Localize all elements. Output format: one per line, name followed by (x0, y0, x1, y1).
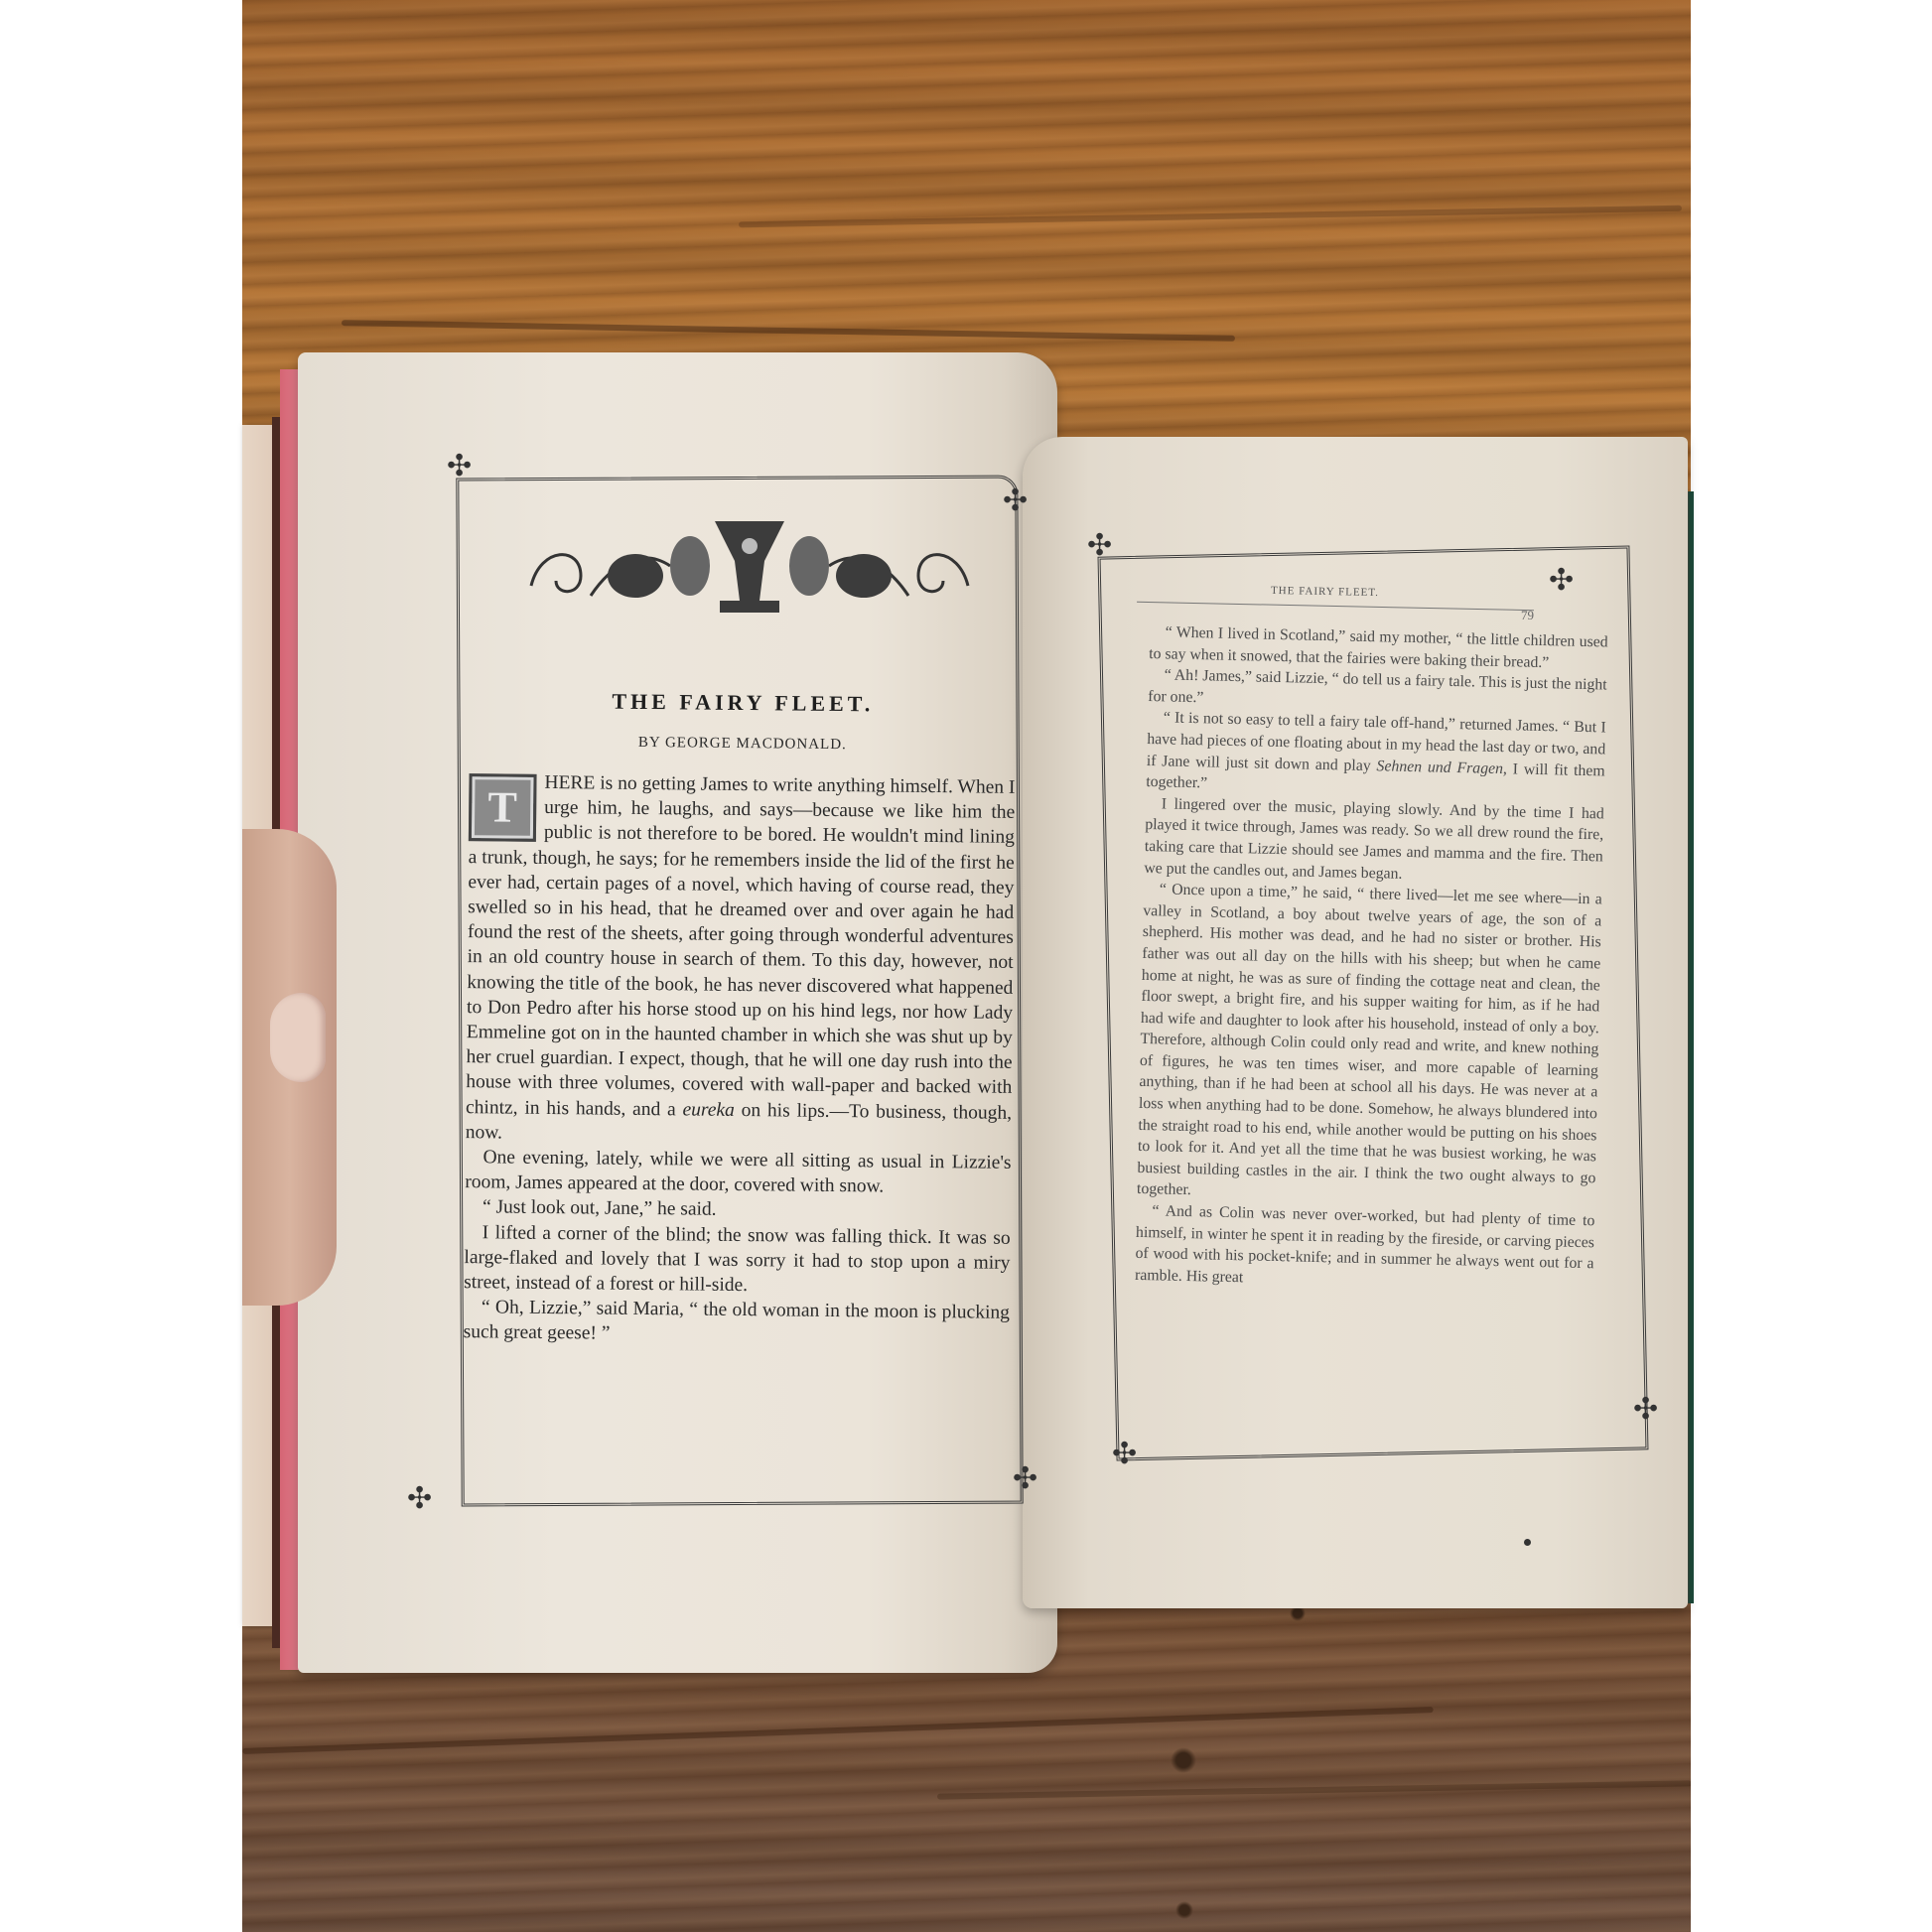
paper-speck (1524, 1539, 1531, 1546)
border-corner-ornament: ✣ (1633, 1395, 1658, 1425)
story-title: THE FAIRY FLEET. (470, 687, 1016, 719)
border-corner-ornament: ✣ (1112, 1440, 1137, 1469)
paragraph: I lingered over the music, playing slowl… (1144, 793, 1604, 890)
decorative-header-engraving (521, 506, 978, 621)
border-corner-ornament: ✣ (1087, 531, 1112, 561)
wood-knot (1175, 1901, 1193, 1919)
border-corner-ornament: ✣ (407, 1484, 432, 1514)
paragraph: “ Once upon a time,” he said, “ there li… (1137, 879, 1602, 1210)
wood-grain (739, 206, 1682, 228)
paragraph: “ It is not so easy to tell a fairy tale… (1146, 707, 1606, 803)
paragraph: THERE is no getting James to write anyth… (466, 769, 1016, 1151)
paragraph: One evening, lately, while we were all s… (465, 1145, 1011, 1200)
left-page-text: THE FAIRY FLEET. BY GEORGE MACDONALD. TH… (464, 687, 1017, 1350)
border-corner-ornament: ✣ (1549, 566, 1574, 596)
border-corner-ornament: ✣ (447, 452, 472, 482)
paragraph: “ Oh, Lizzie,” said Maria, “ the old wom… (464, 1295, 1010, 1350)
story-author: BY GEORGE MACDONALD. (470, 733, 1016, 756)
paragraph: I lifted a corner of the blind; the snow… (464, 1220, 1011, 1301)
border-corner-ornament: ✣ (1003, 486, 1028, 516)
paragraph: “ And as Colin was never over-worked, bu… (1135, 1200, 1595, 1297)
wood-grain (937, 1780, 1691, 1799)
wood-grain (342, 320, 1235, 342)
thumbnail (270, 993, 326, 1082)
illuminated-dropcap: T (469, 773, 537, 842)
right-page-text: “ When I lived in Scotland,” said my mot… (1135, 621, 1608, 1297)
wood-knot (1171, 1747, 1196, 1773)
page-number: 79 (1521, 608, 1534, 623)
running-head: THE FAIRY FLEET. (1271, 585, 1379, 599)
wood-grain (242, 1707, 1433, 1754)
griffin-scroll-ornament-icon (521, 506, 978, 621)
border-corner-ornament: ✣ (1013, 1464, 1037, 1494)
